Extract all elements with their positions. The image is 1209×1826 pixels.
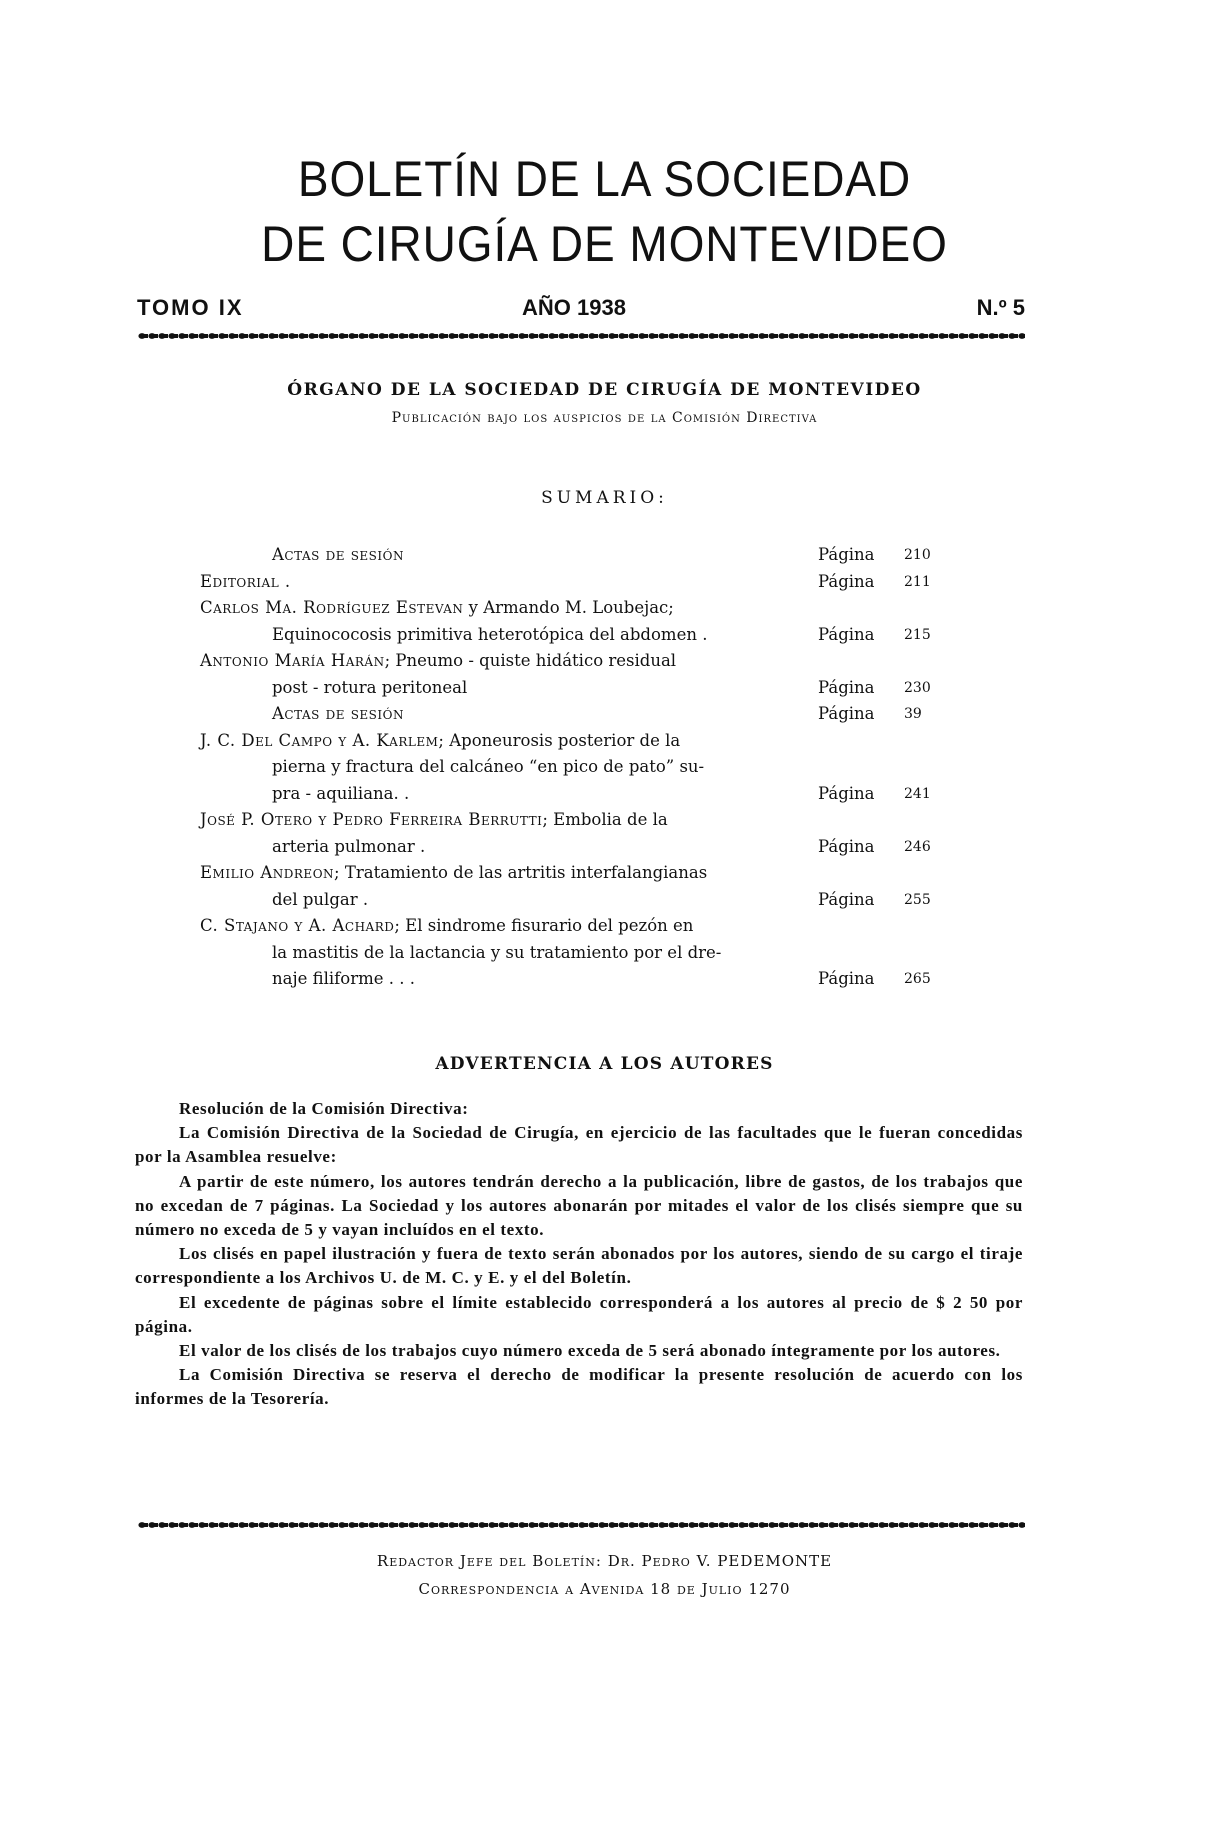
volume-label: TOMO IX [137,295,244,321]
toc-line: Actas de sesiónPágina39 [200,701,940,728]
toc-title: ; Embolia de la [542,810,667,829]
toc-title: ; Pneumo - quiste hidático residual [385,651,676,670]
toc-entry-text: arteria pulmonar . [272,834,425,861]
toc-line: naje filiforme . . .Página265 [200,966,940,993]
toc-page-number: 255 [904,887,944,914]
organ-subtitle: Publicación bajo los auspicios de la Com… [0,410,1209,426]
toc-page-number: 246 [904,834,944,861]
toc-entry-text: Editorial . [200,569,291,596]
toc-entry-text: pierna y fractura del calcáneo “en pico … [272,754,704,781]
year-label: AÑO 1938 [522,295,626,321]
toc-line: José P. Otero y Pedro Ferreira Berrutti;… [200,807,940,834]
toc-entry-text: post - rotura peritoneal [272,675,467,702]
toc-page-label: Página [818,542,875,569]
notice-paragraph: El valor de los clisés de los trabajos c… [135,1339,1023,1363]
toc-author: José P. Otero y Pedro Ferreira Berrutti [200,810,542,829]
notice-paragraph: Los clisés en papel ilustración y fuera … [135,1242,1023,1290]
toc-entry-text: Equinococosis primitiva heterotópica del… [272,622,707,649]
toc-entry-text: la mastitis de la lactancia y su tratami… [272,940,721,967]
notice-heading: ADVERTENCIA A LOS AUTORES [0,1054,1209,1074]
toc-line: del pulgar .Página255 [200,887,940,914]
toc-title: arteria pulmonar . [272,837,425,856]
issue-info-row: TOMO IX AÑO 1938 N.º 5 [137,295,1025,325]
toc-page-label: Página [818,569,875,596]
toc-line: arteria pulmonar .Página246 [200,834,940,861]
toc-entry-text: pra - aquiliana. . [272,781,409,808]
toc-title: post - rotura peritoneal [272,678,467,697]
toc-entry-text: Antonio María Harán; Pneumo - quiste hid… [200,648,676,675]
toc-title: la mastitis de la lactancia y su tratami… [272,943,721,962]
bulletin-title-line2: DE CIRUGÍA DE MONTEVIDEO [48,215,1160,273]
toc-page-number: 265 [904,966,944,993]
toc-title: ; Aponeurosis posterior de la [438,731,680,750]
toc-page-label: Página [818,675,875,702]
toc-page-label: Página [818,781,875,808]
toc-page-number: 241 [904,781,944,808]
toc-page-label: Página [818,834,875,861]
toc-entry-text: Actas de sesión [272,542,404,569]
toc-title: ; El sindrome fisurario del pezón en [394,916,693,935]
toc-page-label: Página [818,701,875,728]
toc-line: pra - aquiliana. .Página241 [200,781,940,808]
toc-page-label: Página [818,966,875,993]
toc-title: ; Tratamiento de las artritis interfalan… [334,863,707,882]
toc-entry-text: naje filiforme . . . [272,966,415,993]
toc-line: Antonio María Harán; Pneumo - quiste hid… [200,648,940,675]
toc-title: del pulgar . [272,890,368,909]
toc-line: la mastitis de la lactancia y su tratami… [200,940,940,967]
toc-line: C. Stajano y A. Achard; El sindrome fisu… [200,913,940,940]
toc-entry-text: Carlos Ma. Rodríguez Estevan y Armando M… [200,595,674,622]
toc-entry-text: C. Stajano y A. Achard; El sindrome fisu… [200,913,693,940]
toc-page-number: 39 [904,701,944,728]
toc-author: Emilio Andreon [200,863,334,882]
toc-author: J. C. Del Campo y A. Karlem [200,731,438,750]
table-of-contents: Actas de sesiónPágina210Editorial .Págin… [200,542,940,993]
editor-in-chief: Redactor Jefe del Boletín: Dr. Pedro V. … [0,1552,1209,1570]
toc-line: pierna y fractura del calcáneo “en pico … [200,754,940,781]
toc-author: C. Stajano y A. Achard [200,916,394,935]
toc-line: Equinococosis primitiva heterotópica del… [200,622,940,649]
toc-page-number: 230 [904,675,944,702]
toc-page-number: 210 [904,542,944,569]
issue-number-label: N.º 5 [977,295,1025,321]
toc-entry-text: del pulgar . [272,887,368,914]
toc-title: naje filiforme . . . [272,969,415,988]
toc-entry-text: Emilio Andreon; Tratamiento de las artri… [200,860,707,887]
correspondence-address: Correspondencia a Avenida 18 de Julio 12… [0,1580,1209,1598]
toc-line: Actas de sesiónPágina210 [200,542,940,569]
toc-author: Antonio María Harán [200,651,385,670]
toc-line: Carlos Ma. Rodríguez Estevan y Armando M… [200,595,940,622]
notice-paragraph: A partir de este número, los autores ten… [135,1170,1023,1243]
toc-entry-text: J. C. Del Campo y A. Karlem; Aponeurosis… [200,728,680,755]
toc-title: y Armando M. Loubejac; [463,598,673,617]
toc-title: pra - aquiliana. . [272,784,409,803]
toc-line: post - rotura peritonealPágina230 [200,675,940,702]
notice-paragraph: La Comisión Directiva se reserva el dere… [135,1363,1023,1411]
toc-page-number: 211 [904,569,944,596]
toc-page-label: Página [818,622,875,649]
toc-title: Equinococosis primitiva heterotópica del… [272,625,707,644]
bulletin-title-line1: BOLETÍN DE LA SOCIEDAD [48,150,1160,208]
toc-title: Actas de sesión [272,545,404,564]
resolution-heading: Resolución de la Comisión Directiva: [135,1097,1023,1121]
toc-entry-text: José P. Otero y Pedro Ferreira Berrutti;… [200,807,668,834]
toc-line: Editorial .Página211 [200,569,940,596]
toc-entry-text: Actas de sesión [272,701,404,728]
wavy-divider-top [137,331,1025,341]
wavy-divider-bottom [137,1520,1025,1530]
toc-page-number: 215 [904,622,944,649]
toc-title: pierna y fractura del calcáneo “en pico … [272,757,704,776]
summary-heading: SUMARIO: [0,488,1209,508]
toc-author: Carlos Ma. Rodríguez Estevan [200,598,463,617]
toc-line: Emilio Andreon; Tratamiento de las artri… [200,860,940,887]
toc-title: Actas de sesión [272,704,404,723]
notice-paragraph: La Comisión Directiva de la Sociedad de … [135,1121,1023,1169]
toc-line: J. C. Del Campo y A. Karlem; Aponeurosis… [200,728,940,755]
organ-heading: ÓRGANO DE LA SOCIEDAD DE CIRUGÍA DE MONT… [0,380,1209,400]
notice-paragraph: El excedente de páginas sobre el límite … [135,1291,1023,1339]
notice-body: Resolución de la Comisión Directiva:La C… [135,1097,1023,1412]
toc-page-label: Página [818,887,875,914]
toc-author: Editorial . [200,572,291,591]
